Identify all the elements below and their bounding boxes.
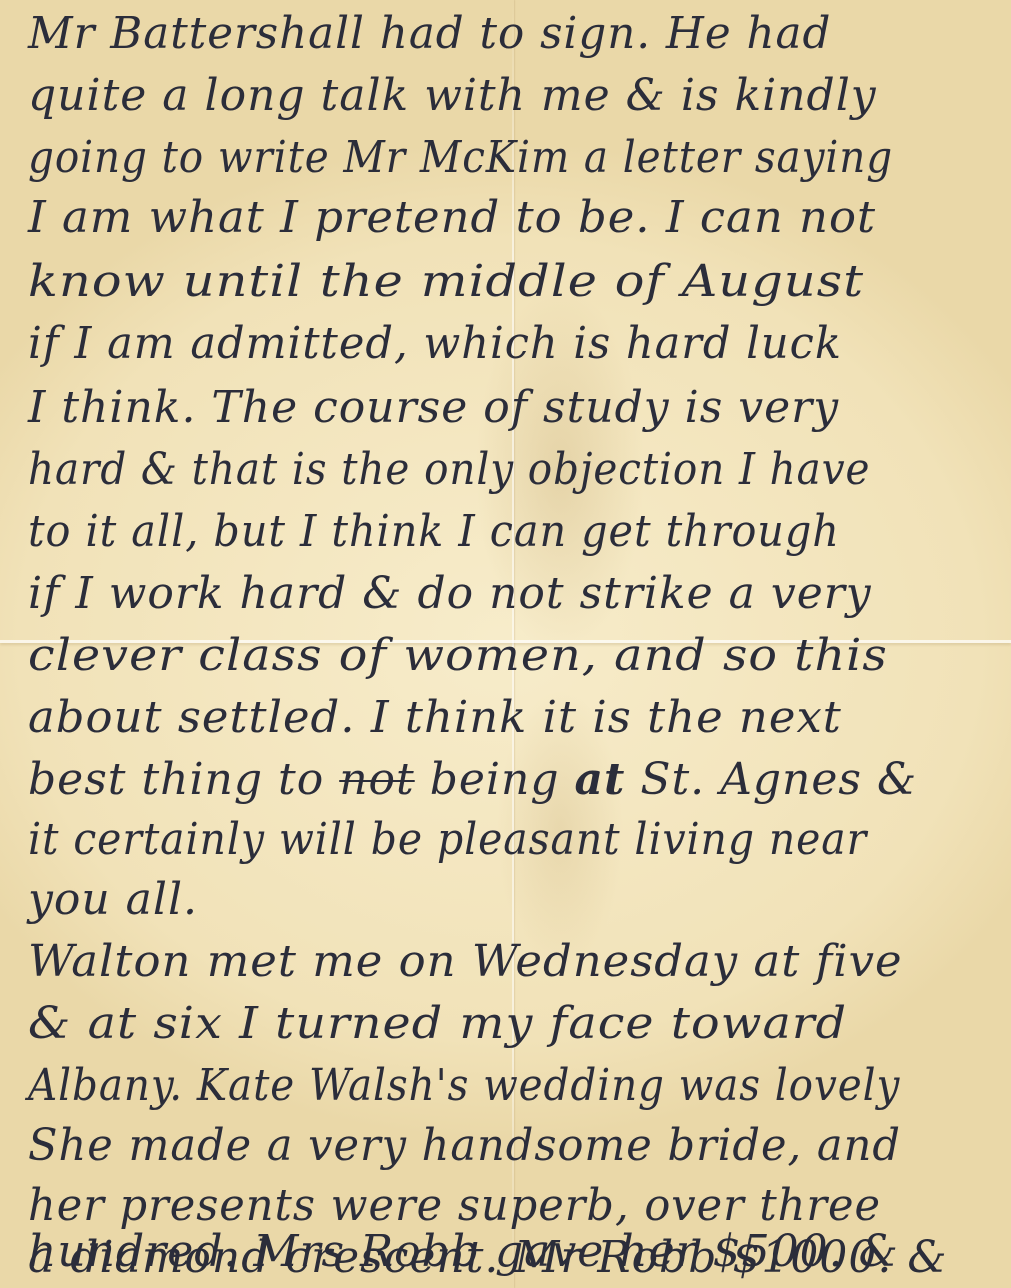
letter-line-10: if I work hard & do not strike a very xyxy=(28,568,872,619)
letter-line-8: hard & that is the only objection I have xyxy=(28,444,870,495)
letter-line-19: She made a very handsome bride, and xyxy=(28,1120,901,1171)
letter-line-7: I think. The course of study is very xyxy=(28,382,839,433)
letter-line-17: & at six I turned my face toward xyxy=(28,998,847,1049)
letter-line-5: know until the middle of August xyxy=(28,256,864,307)
letter-line-13: best thing to not being at St. Agnes & xyxy=(28,754,917,805)
letter-page: Mr Battershall had to sign. He had quite… xyxy=(0,0,1011,1288)
letter-line-9: to it all, but I think I can get through xyxy=(28,506,840,557)
letter-line-15: you all. xyxy=(28,874,198,925)
letter-line-22: a diamond crescent. Mr Robb $1000. & xyxy=(28,1232,947,1283)
letter-line-20: her presents were superb, over three xyxy=(28,1180,881,1231)
letter-line-2: quite a long talk with me & is kindly xyxy=(28,70,877,121)
line-13-part-5: St. Agnes & xyxy=(625,754,917,805)
letter-line-3: going to write Mr McKim a letter saying xyxy=(28,132,893,183)
letter-line-1: Mr Battershall had to sign. He had xyxy=(28,8,831,59)
overwritten-word: at xyxy=(574,754,625,805)
letter-line-11: clever class of women, and so this xyxy=(28,630,888,681)
letter-line-4: I am what I pretend to be. I can not xyxy=(28,192,876,243)
struck-out-word: not xyxy=(339,754,415,805)
line-13-part-3: being xyxy=(415,754,575,805)
letter-line-14: it certainly will be pleasant living nea… xyxy=(28,814,867,865)
letter-line-16: Walton met me on Wednesday at five xyxy=(28,936,903,987)
letter-line-12: about settled. I think it is the next xyxy=(28,692,842,743)
line-13-part-1: best thing to xyxy=(28,754,339,805)
letter-line-18: Albany. Kate Walsh's wedding was lovely xyxy=(28,1060,900,1111)
letter-line-6: if I am admitted, which is hard luck xyxy=(28,318,842,369)
